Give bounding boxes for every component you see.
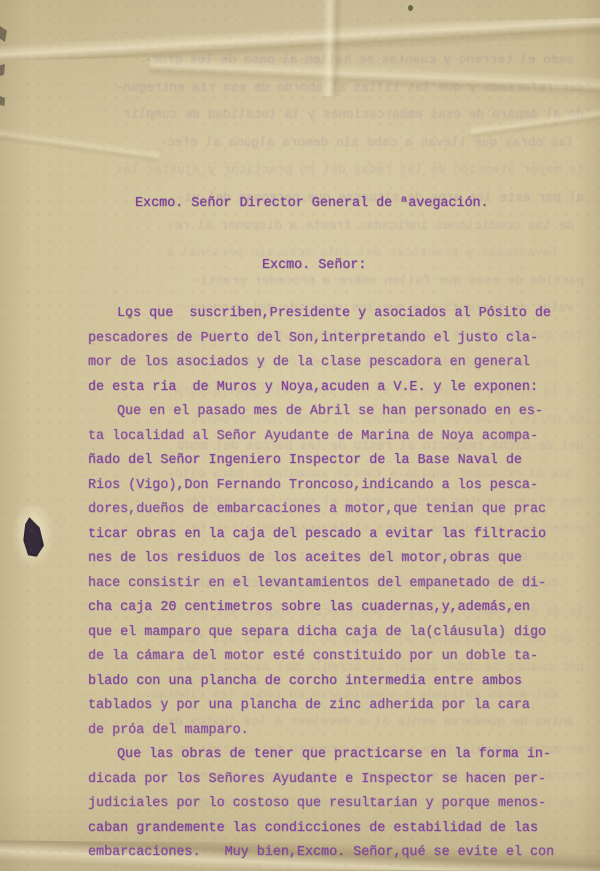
typed-line: judiciales por lo costoso que resultaria… [0,792,600,817]
paper-crease [469,99,600,143]
bleedthrough-line: ser reforzado y que las tillas al abordo… [16,74,584,102]
typed-line: Que las obras de tener que practicarse e… [0,743,600,768]
typed-line: Rios (Vigo),Don Fernando Troncoso,indica… [0,474,600,499]
typed-line: blado con una plancha de corcho intermed… [0,670,600,695]
paper-crease [318,0,344,96]
paper-crease [0,17,600,60]
bleedthrough-line: do al amparo de esas embarcaciones y la … [16,101,584,129]
bleedthrough-line: sado el terreno y cuantas se hallen al p… [16,46,584,74]
typed-line: ticar obras en la caja del pescado a evi… [0,523,600,548]
typed-line: que el mamparo que separa dicha caja de … [0,621,600,646]
typed-line: dores,dueños de embarcaciones a motor,qu… [0,498,600,523]
typed-line: ñado del Señor Ingeniero Inspector de la… [0,449,600,474]
typed-lines: Los que suscriben,Presidente y asociados… [0,302,600,866]
typed-line: ta localidad al Señor Ayudante de Marina… [0,425,600,450]
edge-speck [0,96,5,106]
typed-line: Que en el pasado mes de Abril se han per… [0,400,600,425]
typed-line: de la cámara del motor esté constituido … [0,645,600,670]
typed-line: caban grandemente las condicciones de es… [0,817,600,842]
bleedthrough-line: de las condiciones indicadas frente a di… [16,212,584,240]
typed-line: hace consistir en el levantamientos del … [0,572,600,597]
typed-line: nes de los residuos de los aceites del m… [0,547,600,572]
typed-line: dicada por los Señores Ayudante e Inspec… [0,768,600,793]
typed-line: de próa del mamparo. [0,719,600,744]
typed-line: embarcaciones. Muy bien,Excmo. Señor,qué… [0,841,600,866]
paper-crease [150,52,600,99]
typed-line: Los que suscriben,Presidente y asociados… [0,302,600,327]
typed-line: cha caja 20 centimetros sobre las cuader… [0,596,600,621]
edge-speck [0,26,7,42]
typed-line: de esta ria de Muros y Noya,acuden a V.E… [0,376,600,401]
letter-salutation: Excmo. Señor: [262,258,366,273]
scanned-letter-page: sado el terreno y cuantas se hallen al p… [0,0,600,871]
letter-heading: Excmo. Señor Director General de ªavegac… [135,196,489,211]
paper-crease [0,118,161,169]
ink-speck [408,5,413,11]
edge-speck [0,64,5,76]
typed-line: pescadores de Puerto del Son,interpretan… [0,327,600,352]
typed-line: tablados y por una plancha de zinc adher… [0,694,600,719]
bleedthrough-line: te mayor atención de las radas del no pr… [16,156,584,184]
bleedthrough-line: las obras que llevan a cabo sin demora a… [16,129,584,157]
typed-line: mor de los asociados y de la clase pesca… [0,351,600,376]
